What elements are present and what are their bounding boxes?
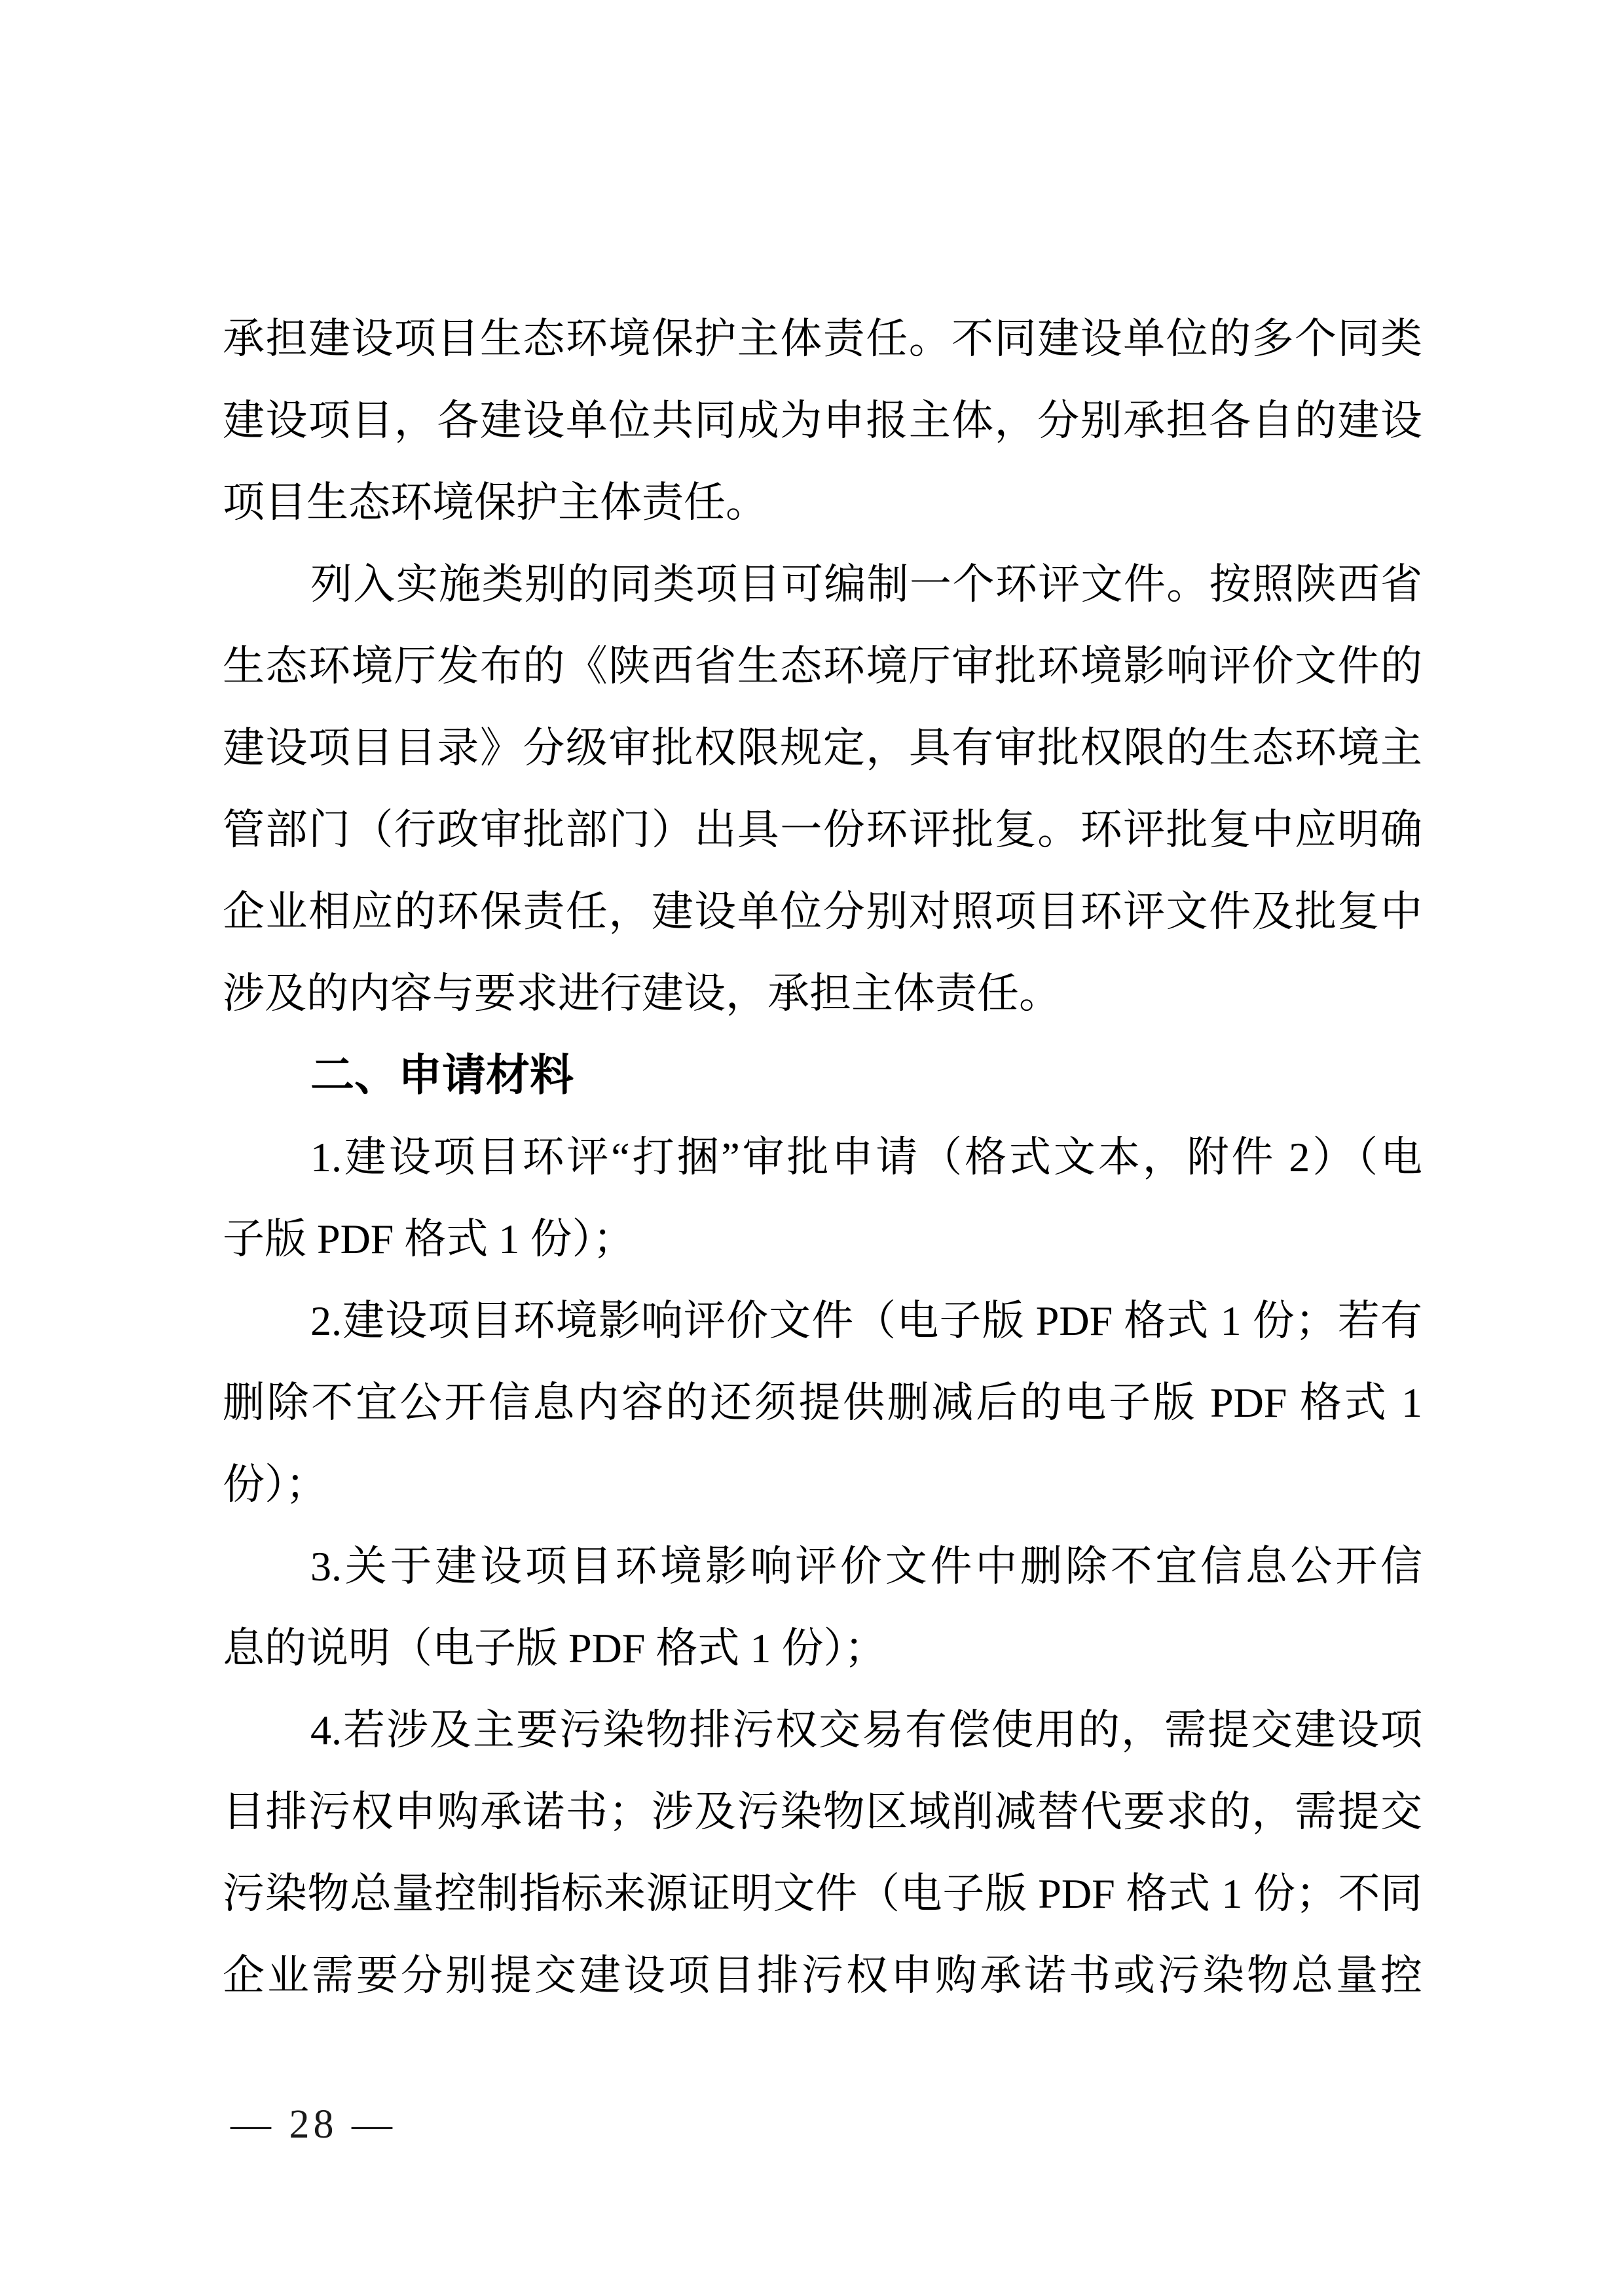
text-line: 2.建设项目环境影响评价文件（电子版 PDF 格式 1 份；若有	[223, 1280, 1422, 1362]
text-line: 1.建设项目环评“打捆”审批申请（格式文本，附件 2）（电	[223, 1116, 1422, 1198]
paragraph-item-2: 2.建设项目环境影响评价文件（电子版 PDF 格式 1 份；若有 删除不宜公开信…	[223, 1280, 1422, 1525]
text-line: 企业相应的环保责任，建设单位分别对照项目环评文件及批复中	[223, 871, 1422, 953]
paragraph-continuation: 承担建设项目生态环境保护主体责任。不同建设单位的多个同类 建设项目，各建设单位共…	[223, 298, 1422, 543]
paragraph-item-4: 4.若涉及主要污染物排污权交易有偿使用的，需提交建设项 目排污权申购承诺书；涉及…	[223, 1689, 1422, 2016]
text-line: 目排污权申购承诺书；涉及污染物区域削减替代要求的，需提交	[223, 1771, 1422, 1853]
page-footer: — 28 —	[231, 2095, 396, 2154]
document-page: 承担建设项目生态环境保护主体责任。不同建设单位的多个同类 建设项目，各建设单位共…	[0, 0, 1624, 2296]
text-line: 列入实施类别的同类项目可编制一个环评文件。按照陕西省	[223, 543, 1422, 625]
heading-text: 二、申请材料	[223, 1034, 1422, 1116]
section-heading: 二、申请材料	[223, 1034, 1422, 1116]
text-line: 删除不宜公开信息内容的还须提供删减后的电子版 PDF 格式 1	[223, 1362, 1422, 1444]
paragraph-item-3: 3.关于建设项目环境影响评价文件中删除不宜信息公开信 息的说明（电子版 PDF …	[223, 1525, 1422, 1689]
text-line: 污染物总量控制指标来源证明文件（电子版 PDF 格式 1 份；不同	[223, 1853, 1422, 1935]
text-line: 建设项目目录》分级审批权限规定，具有审批权限的生态环境主	[223, 707, 1422, 789]
text-line: 息的说明（电子版 PDF 格式 1 份）；	[223, 1607, 1422, 1689]
text-line: 4.若涉及主要污染物排污权交易有偿使用的，需提交建设项	[223, 1689, 1422, 1771]
paragraph: 列入实施类别的同类项目可编制一个环评文件。按照陕西省 生态环境厅发布的《陕西省生…	[223, 543, 1422, 1034]
text-line: 3.关于建设项目环境影响评价文件中删除不宜信息公开信	[223, 1525, 1422, 1607]
text-line: 建设项目，各建设单位共同成为申报主体，分别承担各自的建设	[223, 380, 1422, 462]
text-line: 管部门（行政审批部门）出具一份环评批复。环评批复中应明确	[223, 789, 1422, 871]
paragraph-item-1: 1.建设项目环评“打捆”审批申请（格式文本，附件 2）（电 子版 PDF 格式 …	[223, 1116, 1422, 1280]
text-line: 生态环境厅发布的《陕西省生态环境厅审批环境影响评价文件的	[223, 625, 1422, 707]
text-line: 子版 PDF 格式 1 份）；	[223, 1198, 1422, 1280]
text-line: 企业需要分别提交建设项目排污权申购承诺书或污染物总量控	[223, 1935, 1422, 2016]
document-body: 承担建设项目生态环境保护主体责任。不同建设单位的多个同类 建设项目，各建设单位共…	[223, 298, 1422, 2016]
text-line: 涉及的内容与要求进行建设，承担主体责任。	[223, 953, 1422, 1034]
text-line: 项目生态环境保护主体责任。	[223, 462, 1422, 543]
text-line: 份）；	[223, 1444, 1422, 1525]
page-number: — 28 —	[231, 2102, 396, 2147]
text-line: 承担建设项目生态环境保护主体责任。不同建设单位的多个同类	[223, 298, 1422, 380]
